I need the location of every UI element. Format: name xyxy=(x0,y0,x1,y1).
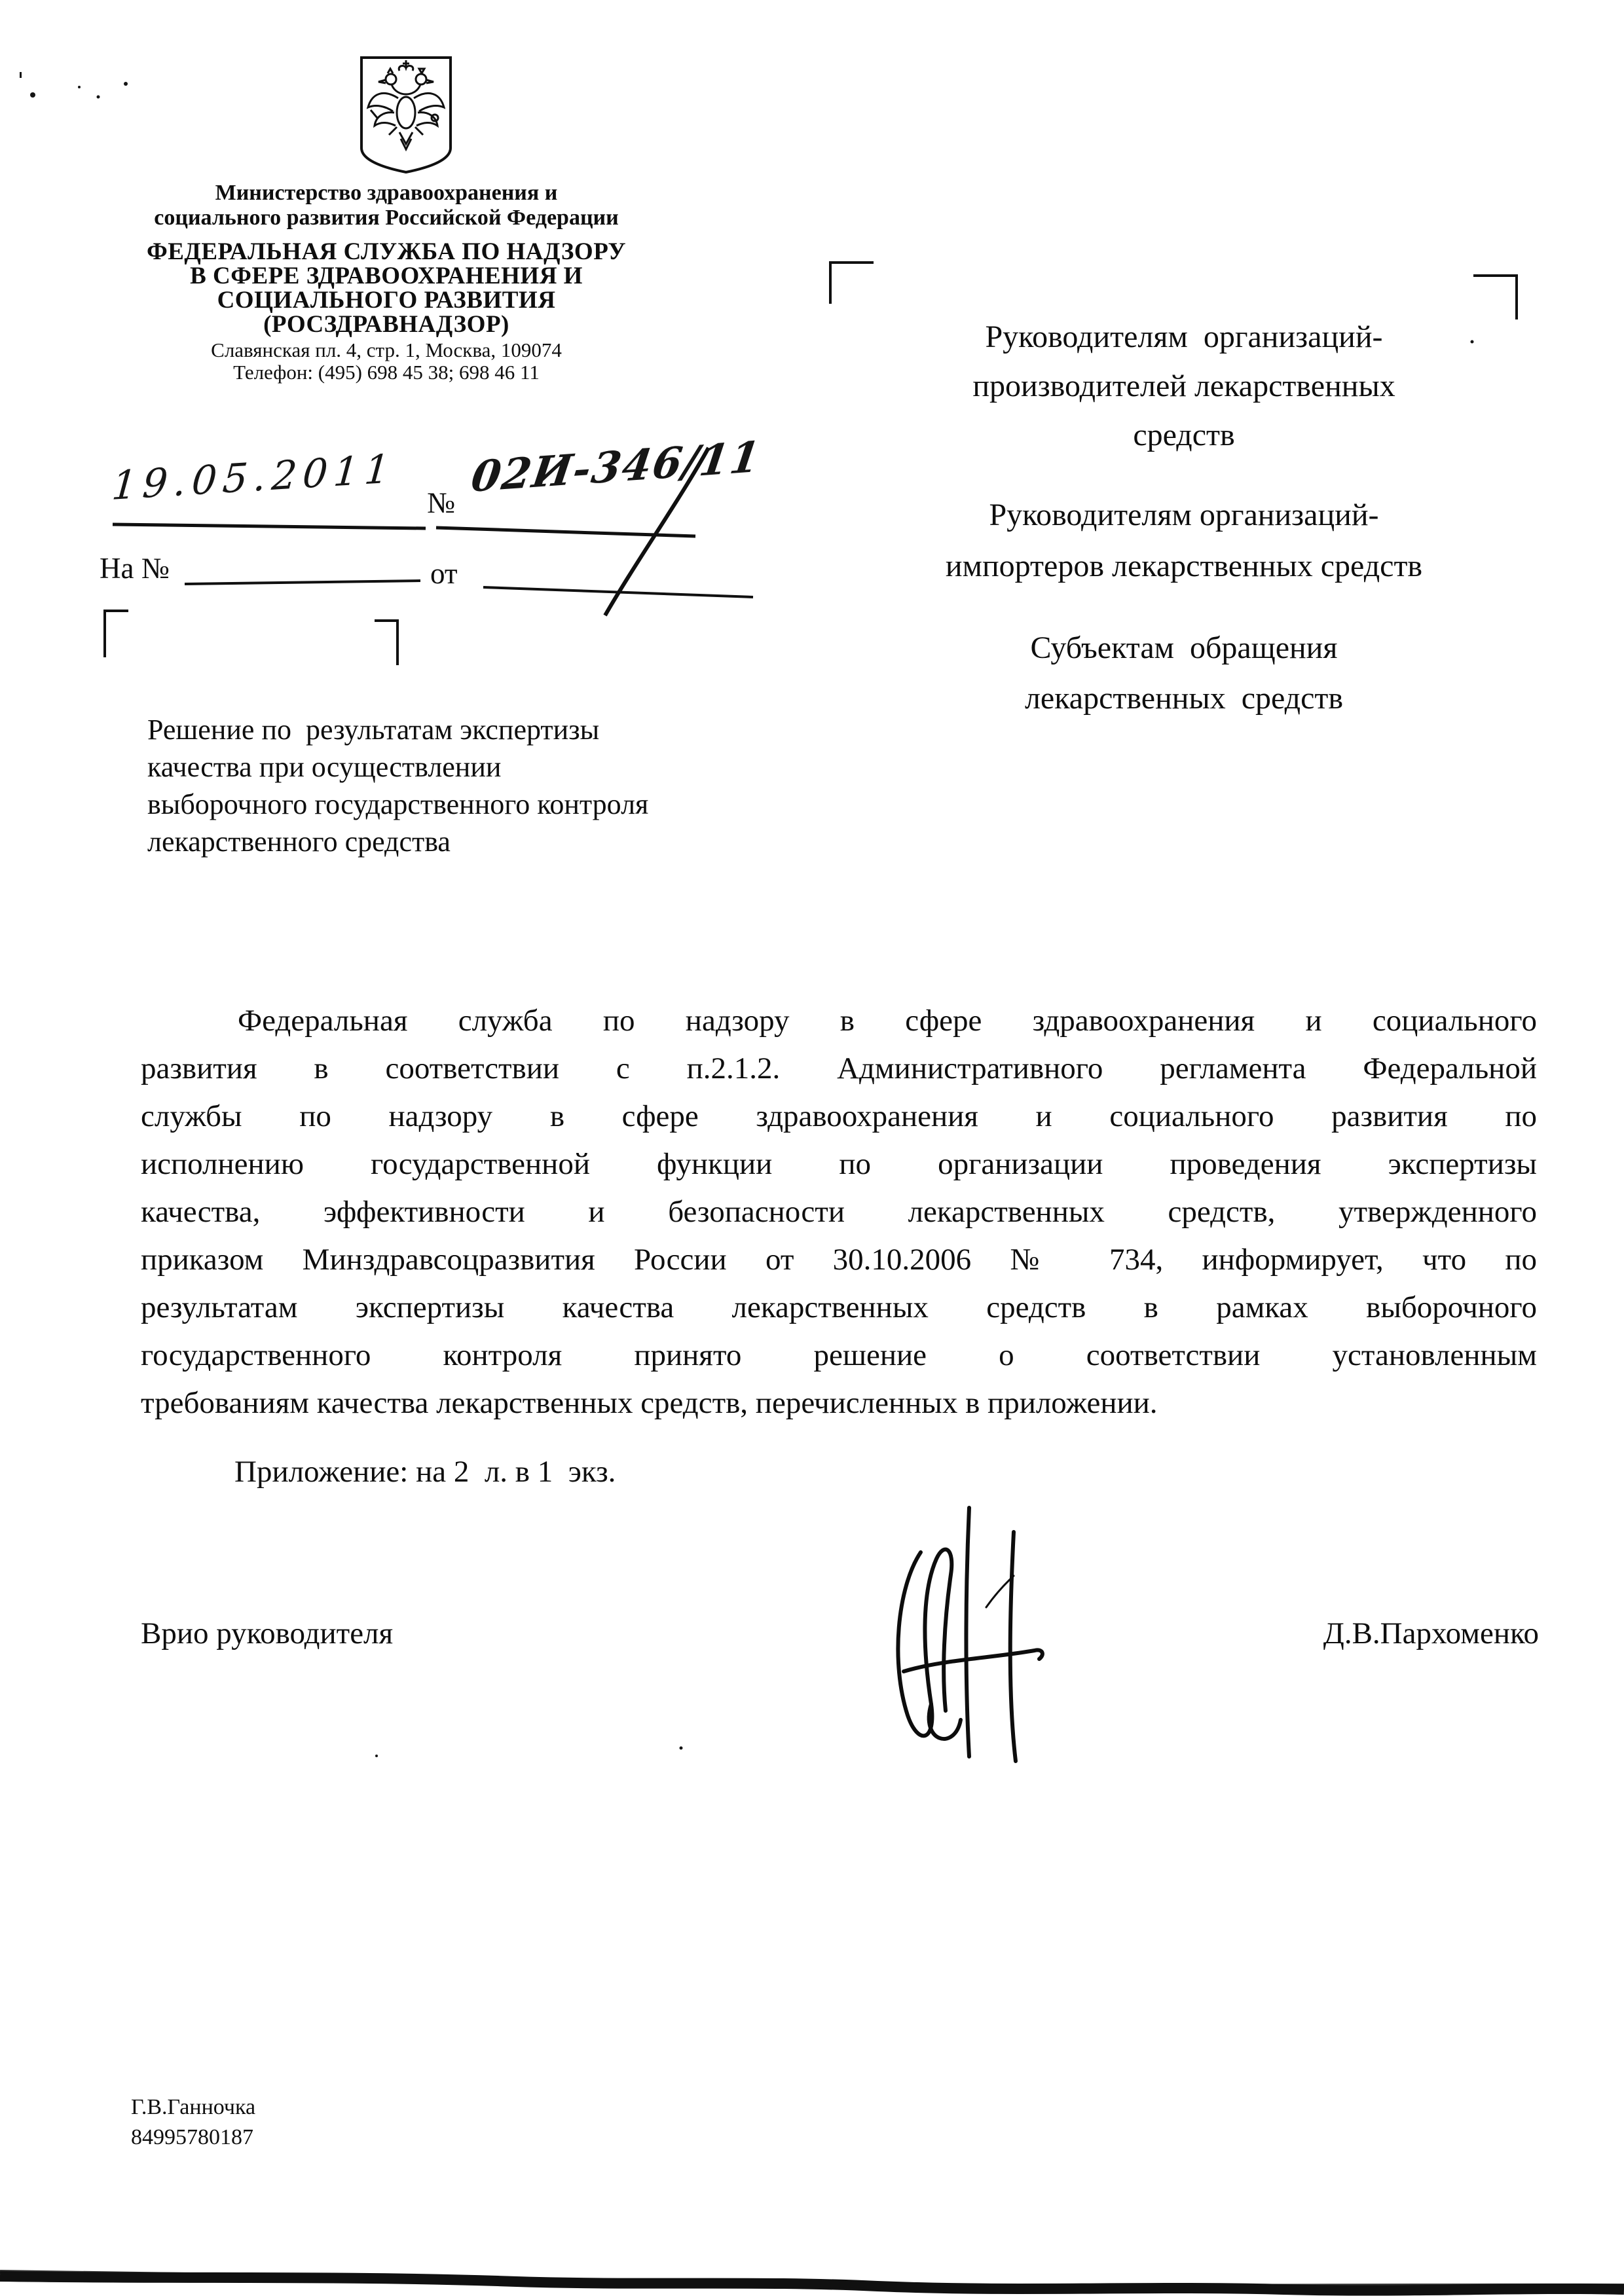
executor-name: Г.В.Ганночка xyxy=(131,2092,255,2123)
ministry-name-line2: социального развития Российской Федераци… xyxy=(98,206,674,230)
recipient-importers-line1: Руководителям организаций- xyxy=(829,499,1539,532)
body-line: исполнению государственной функции по ор… xyxy=(141,1140,1537,1188)
body-line: государственного контроля принято решени… xyxy=(141,1332,1537,1379)
signer-position: Врио руководителя xyxy=(141,1616,393,1651)
corner-bracket-ref-left xyxy=(105,611,128,657)
service-name-line2: В СФЕРЕ ЗДРАВООХРАНЕНИЯ И xyxy=(98,264,674,288)
executor-phone: 84995780187 xyxy=(131,2123,253,2153)
from-label: от xyxy=(430,556,458,591)
ministry-name-line1: Министерство здравоохранения и xyxy=(98,181,674,206)
signer-name: Д.В.Пархоменко xyxy=(1244,1616,1539,1651)
body-line: Федеральная служба по надзору в сфере зд… xyxy=(141,997,1537,1045)
subject-line3: выборочного государственного контроля xyxy=(147,786,789,823)
letter-page: Министерство здравоохранения и социально… xyxy=(0,0,1624,2296)
attachment-note: Приложение: на 2 л. в 1 экз. xyxy=(234,1454,616,1489)
org-address: Славянская пл. 4, стр. 1, Москва, 109074 xyxy=(98,339,674,361)
number-sign-label: № xyxy=(427,486,455,520)
subject-line4: лекарственного средства xyxy=(147,823,789,860)
corner-bracket-addr-left xyxy=(830,263,874,304)
body-line: приказом Минздравсоцразвития России от 3… xyxy=(141,1236,1537,1284)
recipient-producers-line2: производителей лекарственных xyxy=(829,370,1539,403)
corner-bracket-ref-right xyxy=(375,621,397,665)
corner-bracket-addr-right xyxy=(1473,276,1517,319)
recipient-producers-line1: Руководителям организаций- xyxy=(829,321,1539,354)
org-phone: Телефон: (495) 698 45 38; 698 46 11 xyxy=(98,361,674,384)
recipient-importers-line2: импортеров лекарственных средств xyxy=(829,550,1539,583)
service-name-line1: ФЕДЕРАЛЬНАЯ СЛУЖБА ПО НАДЗОРУ xyxy=(98,240,674,264)
service-name-line3: СОЦИАЛЬНОГО РАЗВИТИЯ xyxy=(98,288,674,312)
date-underline xyxy=(113,524,426,528)
signature-scribble xyxy=(858,1496,1074,1764)
service-name-line4: (РОСЗДРАВНАДЗОР) xyxy=(98,312,674,337)
coat-of-arms-icon xyxy=(354,52,458,177)
body-line: качества, эффективности и безопасности л… xyxy=(141,1188,1537,1236)
body-line: службы по надзору в сфере здравоохранени… xyxy=(141,1093,1537,1140)
recipient-subjects-line2: лекарственных средств xyxy=(829,682,1539,715)
subject-line2: качества при осуществлении xyxy=(147,748,789,786)
on-no-underline xyxy=(185,581,420,584)
body-line: результатам экспертизы качества лекарств… xyxy=(141,1284,1537,1332)
subject-line1: Решение по результатам экспертизы xyxy=(147,711,789,748)
on-no-label: На № xyxy=(100,551,170,585)
recipient-producers-line3: средств xyxy=(829,419,1539,452)
body-line: развития в соответствии с п.2.1.2. Админ… xyxy=(141,1045,1537,1093)
body-line: требованиям качества лекарственных средс… xyxy=(141,1379,1537,1427)
recipient-subjects-line1: Субъектам обращения xyxy=(829,632,1539,665)
